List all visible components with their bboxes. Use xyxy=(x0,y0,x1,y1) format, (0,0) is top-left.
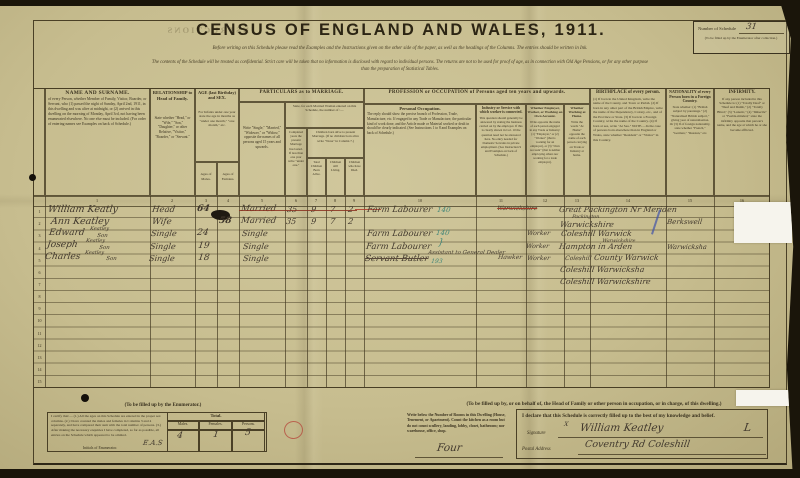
census-schedule-scan: { "colors": { "paper": "#c7bd8f", "ink":… xyxy=(0,0,800,478)
entry-employer-status: Worker xyxy=(527,231,551,237)
row-number: 12 xyxy=(35,343,44,348)
children-born-label: Total Children Born Alive. xyxy=(308,159,325,178)
confidential-line-2: than the preparation of Statistical Tabl… xyxy=(50,67,750,72)
col-number: 2 xyxy=(167,198,177,203)
entry-nationality-col: Warwicksha xyxy=(667,244,708,251)
children-group-body: Children born alive to present Marriage.… xyxy=(308,129,363,144)
entry-age-male: 64 xyxy=(196,205,210,214)
col-header-marriage-group: PARTICULARS as to MARRIAGE. xyxy=(239,88,364,102)
col-header-employer-worker: Whether Employer, Worker, or Working on … xyxy=(526,104,564,196)
enumerator-initials: E.A.S xyxy=(143,440,163,447)
enumerator-section-label: (To be filled up by the Enumerator.) xyxy=(63,403,263,408)
entry-occupation-struck: Servant Butler xyxy=(364,255,429,264)
col-header-name-body: of every Person, whether Member of Famil… xyxy=(46,96,149,128)
entry-marital-condition: Single xyxy=(241,230,268,238)
industry-body: This question should generally be answer… xyxy=(477,115,525,159)
col-number: 11 xyxy=(496,198,506,203)
col-header-birthplace: BIRTHPLACE of every person. (1) If born … xyxy=(590,88,666,196)
grid-line xyxy=(33,196,770,197)
clerk-code: 193 xyxy=(431,259,443,265)
entry-relationship: Wife xyxy=(151,218,172,227)
schedule-number-label: Number of Schedule xyxy=(698,26,736,31)
signature-rule xyxy=(558,437,763,438)
col-number: 5 xyxy=(257,198,267,203)
grid-line xyxy=(364,196,365,388)
ages-females-label: Ages of Females. xyxy=(218,171,238,182)
rooms-rule xyxy=(415,457,503,458)
children-died-label: Children who have Died. xyxy=(346,159,363,173)
row-number: 3 xyxy=(35,233,44,238)
row-number: 15 xyxy=(35,379,44,384)
entry-birthplace-extra: Coleshill Warwickshire xyxy=(559,278,651,286)
col-header-relationship: RELATIONSHIP to Head of Family. State wh… xyxy=(150,88,195,196)
rooms-note: Write below the Number of Rooms in this … xyxy=(407,413,509,434)
birthplace-body: (1) If born in the United Kingdom, write… xyxy=(591,96,665,143)
entry-age-female: 58 xyxy=(218,217,232,226)
row-number: 10 xyxy=(35,318,44,323)
grid-line xyxy=(195,196,196,388)
children-living-label: Children still Living. xyxy=(327,159,344,173)
entry-birthplace: County Warwick xyxy=(593,254,659,262)
grid-line xyxy=(476,196,477,388)
entry-occupation: Farm Labourer xyxy=(365,243,431,252)
row-number: 14 xyxy=(35,367,44,372)
col-header-children-living: Children still Living. xyxy=(326,158,345,196)
col-header-name: NAME AND SURNAME. of every Person, wheth… xyxy=(45,88,150,196)
entry-industry-struck: Warwickshire xyxy=(497,207,538,213)
grid-line xyxy=(45,196,46,388)
infirmity-body: If any person included in this Schedule … xyxy=(715,96,769,133)
row-number: 13 xyxy=(35,355,44,360)
col-number: 13 xyxy=(572,198,582,203)
col-number: 4 xyxy=(223,198,233,203)
working-at-home-title: Whether Working at Home. xyxy=(565,105,589,119)
entry-birthplace: Coleshill Warwick xyxy=(560,230,632,238)
entry-birthplace-extra: Coleshill Warwicksha xyxy=(559,266,645,274)
signature-flourish: L xyxy=(743,422,752,433)
col-header-children-born: Total Children Born Alive. xyxy=(307,158,326,196)
nationality-body: State whether: (1) "British subject by p… xyxy=(667,104,713,136)
entry-relationship: Single xyxy=(148,255,175,263)
entry-marital-condition: Single xyxy=(242,243,269,251)
entry-name: Charles xyxy=(44,253,80,262)
col-header-name-title: NAME AND SURNAME. xyxy=(46,89,149,96)
grid-line xyxy=(326,196,327,388)
row-number: 2 xyxy=(35,221,44,226)
col-header-children-died: Children who have Died. xyxy=(345,158,364,196)
schedule-number-value: 31 xyxy=(745,23,757,32)
address-label: Postal Address xyxy=(522,447,551,452)
col-header-infirmity: INFIRMITY. If any person included in thi… xyxy=(714,88,770,196)
col-header-working-at-home: Whether Working at Home. Write the words… xyxy=(564,104,590,196)
strike-through-mark xyxy=(239,210,357,211)
ages-males-label: Ages of Males. xyxy=(196,171,216,182)
entry-relationship: Single xyxy=(150,230,177,238)
totals-females-label: Females. xyxy=(199,421,232,430)
enumerator-certify-text: I certify that:— (1.) All the ages on th… xyxy=(51,414,165,438)
infirmity-title: INFIRMITY. xyxy=(715,89,769,96)
totals-males-value: 4 xyxy=(176,432,183,441)
entry-relationship: Single xyxy=(149,243,176,251)
employer-worker-body: Write opposite the name of each person e… xyxy=(527,119,563,165)
col-header-occupation-group: PROFESSION or OCCUPATION of Persons aged… xyxy=(364,88,590,104)
address-rule xyxy=(578,454,766,455)
entry-marital-condition: Married xyxy=(240,217,276,226)
entry-surname-inserted: Keatley xyxy=(86,239,106,244)
married-women-body: State, for each Married Woman entered on… xyxy=(286,103,363,114)
col-header-ages-males: Ages of Males. xyxy=(195,162,217,196)
page-title: CENSUS OF ENGLAND AND WALES, 1911. xyxy=(95,21,707,40)
entry-birthplace: Warwickshire xyxy=(559,221,614,229)
entry-surname-inserted: Keatley xyxy=(85,251,105,256)
col-number: 8 xyxy=(330,198,340,203)
col-header-age-title: AGE (last Birthday) and SEX. xyxy=(196,89,238,101)
row-number: 4 xyxy=(35,246,44,251)
col-header-marriage-condition: Write "Single," "Married," "Widower," or… xyxy=(239,102,285,196)
working-at-home-body: Write the words "At Home" opposite the n… xyxy=(565,119,589,158)
grid-line xyxy=(714,196,715,388)
redaction-patch xyxy=(734,202,792,243)
schedule-number-note: (To be filled up by the Enumerator after… xyxy=(696,36,786,40)
entry-marital-condition: Single xyxy=(242,255,269,263)
col-number: 12 xyxy=(540,198,550,203)
col-header-relationship-body: State whether "Head," or "Wife," "Son," … xyxy=(151,115,194,140)
col-header-children-group: Children born alive to present Marriage.… xyxy=(307,128,364,158)
totals-males-label: Males. xyxy=(167,421,199,430)
rooms-value: Four xyxy=(436,443,462,454)
occupation-group-title: PROFESSION or OCCUPATION of Persons aged… xyxy=(365,89,589,96)
grid-line xyxy=(307,196,308,388)
entry-name: Joseph xyxy=(46,241,78,250)
col-header-age-body: For Infants under one year state the age… xyxy=(196,109,238,129)
col-header-industry: Industry or Service with which worker is… xyxy=(476,104,526,196)
signature-mark: X xyxy=(564,422,569,428)
schedule-number-box: Number of Schedule 31 (To be filled up b… xyxy=(693,21,790,54)
entry-age-male: 18 xyxy=(197,254,210,263)
row-number: 6 xyxy=(35,270,44,275)
row-number: 7 xyxy=(35,282,44,287)
industry-title: Industry or Service with which worker is… xyxy=(477,105,525,115)
entry-name: Edward xyxy=(48,229,85,238)
census-paper: INSTRUCTIONS CENSUS OF ENGLAND AND WALES… xyxy=(0,6,794,469)
row-number: 1 xyxy=(35,209,44,214)
col-number: 6 xyxy=(291,198,301,203)
grid-line xyxy=(526,196,527,388)
marriage-group-title: PARTICULARS as to MARRIAGE. xyxy=(240,89,363,96)
entry-name: William Keatly xyxy=(47,205,118,215)
entry-birthplace-inserted: Warwickshire xyxy=(602,240,636,245)
entry-working-at-home: Coleshill xyxy=(565,256,592,262)
clerk-code: 140 xyxy=(437,207,451,214)
col-header-married-women: State, for each Married Woman entered on… xyxy=(285,102,364,128)
head-section-label: (To be filled up by, or on behalf of, th… xyxy=(405,401,783,407)
entry-age-male: 19 xyxy=(197,242,210,251)
years-married-body: Completed years the present Marriage has… xyxy=(286,129,306,168)
row-number: 9 xyxy=(35,306,44,311)
entry-industry: Hawker xyxy=(498,255,523,261)
marriage-condition-body: Write "Single," "Married," "Widower," or… xyxy=(240,125,284,150)
entry-surname-inserted: Keatley xyxy=(90,227,110,232)
totals-header-cell: Total. xyxy=(167,412,265,421)
col-number: 7 xyxy=(311,198,321,203)
col-header-age: AGE (last Birthday) and SEX. For Infants… xyxy=(195,88,239,162)
entry-age-male: 24 xyxy=(196,229,209,238)
instruction-line: Before writing on this Schedule please r… xyxy=(120,46,680,51)
totals-persons-value: 5 xyxy=(244,429,251,438)
col-header-years-married: Completed years the present Marriage has… xyxy=(285,128,307,196)
punch-hole xyxy=(81,394,89,402)
col-number: 3 xyxy=(201,198,211,203)
address-value: Coventry Rd Coleshill xyxy=(584,440,690,450)
col-header-ages-females: Ages of Females. xyxy=(217,162,239,196)
entry-years-married: 35 xyxy=(285,218,296,226)
row-number: 11 xyxy=(35,331,44,336)
col-number: 10 xyxy=(415,198,425,203)
nationality-title: NATIONALITY of every Person born in a Fo… xyxy=(667,89,713,104)
col-number: 15 xyxy=(685,198,695,203)
declaration-text: I declare that this Schedule is correctl… xyxy=(522,413,764,419)
confidential-line-1: The contents of the Schedule will be tre… xyxy=(50,60,750,65)
entry-employer-status: Worker xyxy=(526,244,550,250)
col-header-personal-occupation: Personal Occupation. The reply should sh… xyxy=(364,104,476,196)
entry-occupation: Farm Labourer xyxy=(366,206,432,215)
col-header-relationship-title: RELATIONSHIP to Head of Family. xyxy=(151,89,194,101)
col-number: 9 xyxy=(349,198,359,203)
clerk-code: 140 xyxy=(436,230,450,237)
entry-relation-inserted: Son xyxy=(106,257,117,263)
entry-nationality-col: Berkswell xyxy=(667,219,703,226)
col-number: 1 xyxy=(92,198,102,203)
punch-hole xyxy=(29,174,36,181)
employer-worker-title: Whether Employer, Worker, or Working on … xyxy=(527,105,563,119)
col-header-nationality: NATIONALITY of every Person born in a Fo… xyxy=(666,88,714,196)
row-number: 8 xyxy=(35,294,44,299)
birthplace-title: BIRTHPLACE of every person. xyxy=(591,89,665,96)
signature-label: Signature xyxy=(527,431,545,436)
entry-occupation-corrected: Assistant to General Dealer xyxy=(428,251,506,257)
dotted-rule xyxy=(739,33,784,34)
entry-occupation: Farm Labourer xyxy=(366,230,432,239)
entry-employer-status: Worker xyxy=(527,256,551,262)
row-number: 5 xyxy=(35,258,44,263)
personal-occupation-body: The reply should show the precise branch… xyxy=(365,111,475,136)
entry-relationship: Head xyxy=(151,206,175,215)
grid-line xyxy=(345,196,346,388)
col-number: 14 xyxy=(623,198,633,203)
enumerator-initials-label: Initials of Enumerator. xyxy=(55,446,145,450)
signature-value: William Keatley xyxy=(579,423,664,434)
